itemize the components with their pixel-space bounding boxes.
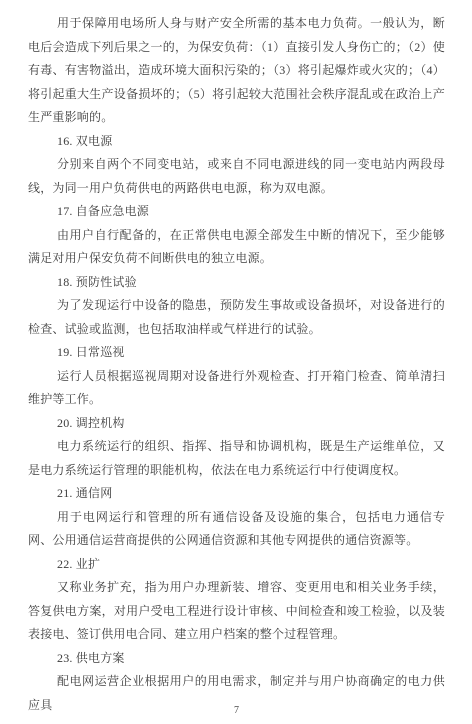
para-daily-patrol-definition: 运行人员根据巡视周期对设备进行外观检查、打开箱门检查、简单清扫维护等工作。 — [28, 365, 445, 412]
heading-18-preventive-test: 18. 预防性试验 — [28, 271, 445, 295]
heading-20-dispatch-control-organization: 20. 调控机构 — [28, 412, 445, 436]
page-footer: 7 — [28, 704, 445, 718]
heading-17-self-provided-emergency-power: 17. 自备应急电源 — [28, 200, 445, 224]
document-body: 用于保障用电场所人身与财产安全所需的基本电力负荷。一般认为，断电后会造成下列后果… — [28, 12, 445, 717]
para-self-provided-emergency-power-definition: 由用户自行配备的，在正常供电电源全部发生中断的情况下，至少能够满足对用户保安负荷… — [28, 224, 445, 271]
heading-21-communication-network: 21. 通信网 — [28, 482, 445, 506]
document-page: 用于保障用电场所人身与财产安全所需的基本电力负荷。一般认为，断电后会造成下列后果… — [0, 0, 472, 724]
heading-16-dual-power-supply: 16. 双电源 — [28, 130, 445, 154]
heading-22-business-expansion: 22. 业扩 — [28, 553, 445, 577]
para-preventive-test-definition: 为了发现运行中设备的隐患，预防发生事故或设备损坏，对设备进行的检查、试验或监测，… — [28, 294, 445, 341]
para-dispatch-control-organization-definition: 电力系统运行的组织、指挥、指导和协调机构，既是生产运维单位，又是电力系统运行管理… — [28, 435, 445, 482]
para-communication-network-definition: 用于电网运行和管理的所有通信设备及设施的集合，包括电力通信专网、公用通信运营商提… — [28, 506, 445, 553]
page-number: 7 — [234, 705, 239, 716]
heading-23-power-supply-plan: 23. 供电方案 — [28, 647, 445, 671]
para-security-load-definition: 用于保障用电场所人身与财产安全所需的基本电力负荷。一般认为，断电后会造成下列后果… — [28, 12, 445, 130]
para-dual-power-supply-definition: 分别来自两个不同变电站，或来自不同电源进线的同一变电站内两段母线，为同一用户负荷… — [28, 153, 445, 200]
heading-19-daily-patrol: 19. 日常巡视 — [28, 341, 445, 365]
para-business-expansion-definition: 又称业务扩充，指为用户办理新装、增容、变更用电和相关业务手续，答复供电方案，对用… — [28, 576, 445, 647]
